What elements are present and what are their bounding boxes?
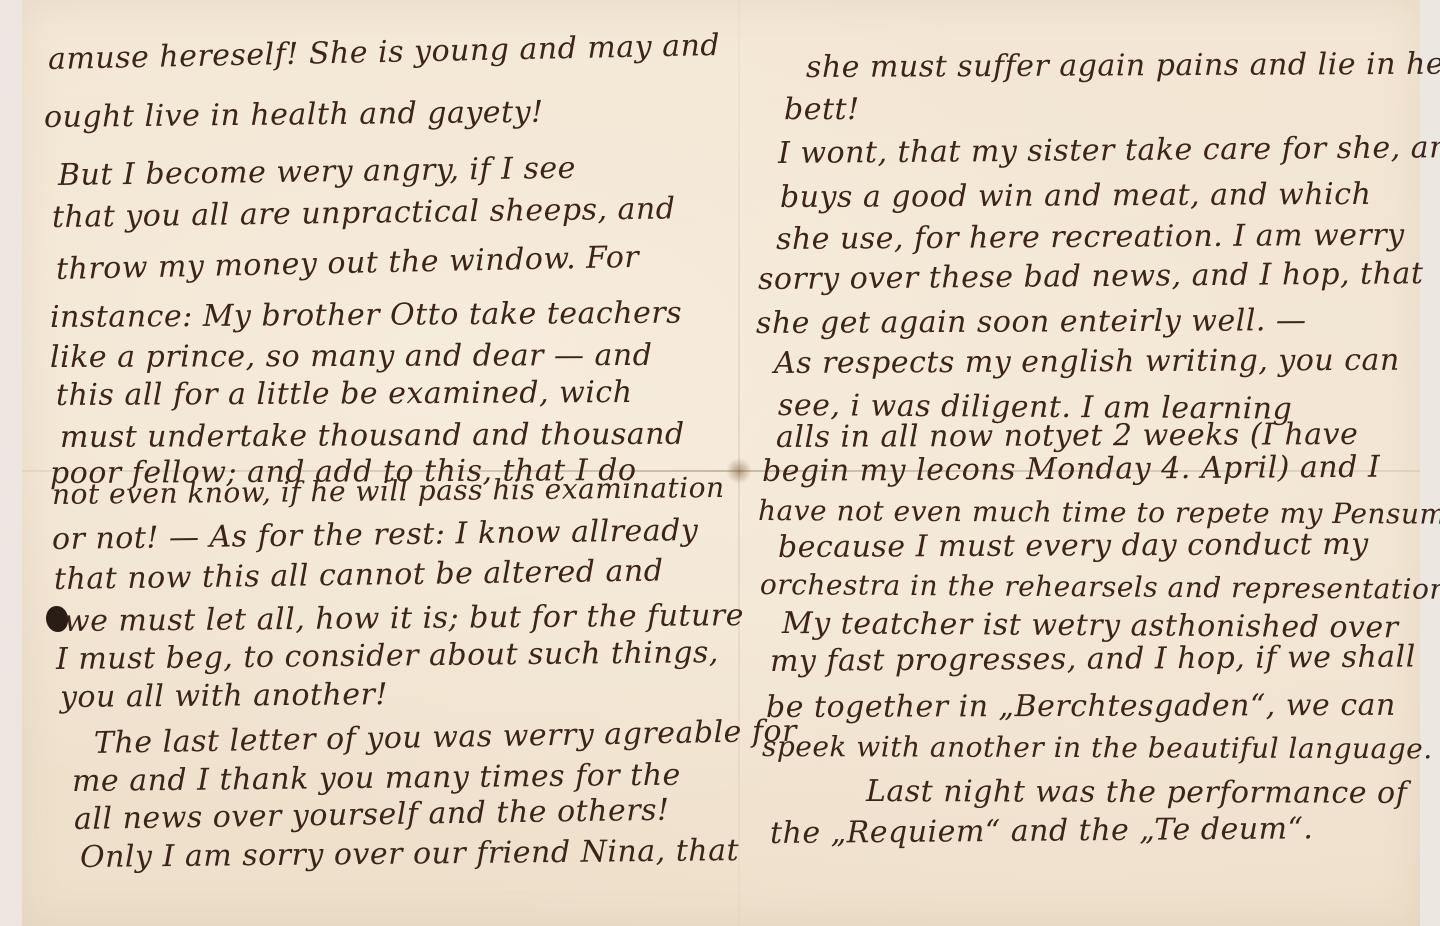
right-line-8: As respects my english writing, you can	[774, 343, 1400, 381]
right-line-17: be together in „Berchtesgaden“, we can	[766, 688, 1396, 725]
right-line-1: she must suffer again pains and lie in h…	[806, 46, 1440, 85]
left-line-14: we must let all, how it is; but for the …	[64, 598, 744, 639]
right-line-11: begin my lecons Monday 4. April) and I	[762, 450, 1381, 489]
left-line-3: But I become wery angry, if I see	[58, 151, 576, 193]
left-line-15: I must beg, to consider about such thing…	[56, 635, 719, 677]
right-line-18: speek with another in the beautiful lang…	[762, 730, 1433, 765]
right-line-7: she get again soon enteirly well. —	[756, 303, 1307, 341]
left-line-11: not even know, if he will pass his exami…	[52, 471, 725, 511]
right-line-6: sorry over these bad news, and I hop, th…	[758, 256, 1424, 297]
left-line-8: this all for a little be examined, wich	[56, 375, 633, 413]
right-line-12: have not even much time to repete my Pen…	[758, 494, 1440, 531]
right-line-14: orchestra in the rehearsels and represen…	[760, 568, 1440, 606]
left-line-18: me and I thank you many times for the	[72, 758, 681, 799]
left-line-9: must undertake thousand and thousand	[60, 417, 685, 455]
left-line-7: like a prince, so many and dear — and	[50, 338, 653, 375]
right-line-4: buys a good win and meat, and which	[780, 177, 1372, 215]
right-line-3: I wont, that my sister take care for she…	[778, 130, 1440, 171]
right-line-10: alls in all now notyet 2 weeks (I have	[776, 417, 1359, 455]
fold-crease-mark	[726, 458, 752, 484]
right-line-20: the „Requiem“ and the „Te deum“.	[770, 811, 1314, 851]
right-line-13: because I must every day conduct my	[778, 527, 1369, 565]
right-line-2: bett!	[784, 92, 860, 127]
left-line-16: you all with another!	[60, 677, 388, 715]
right-line-16: my fast progresses, and I hop, if we sha…	[770, 639, 1416, 679]
right-line-19: Last night was the performance of	[866, 774, 1407, 811]
right-line-5: she use, for here recreation. I am werry	[776, 218, 1405, 257]
letter-photo: amuse hereself! She is young and may and…	[0, 0, 1440, 926]
left-line-6: instance: My brother Otto take teachers	[50, 296, 682, 335]
left-line-2: ought live in health and gayety!	[44, 95, 544, 135]
left-line-20: Only I am sorry over our friend Nina, th…	[80, 833, 739, 875]
